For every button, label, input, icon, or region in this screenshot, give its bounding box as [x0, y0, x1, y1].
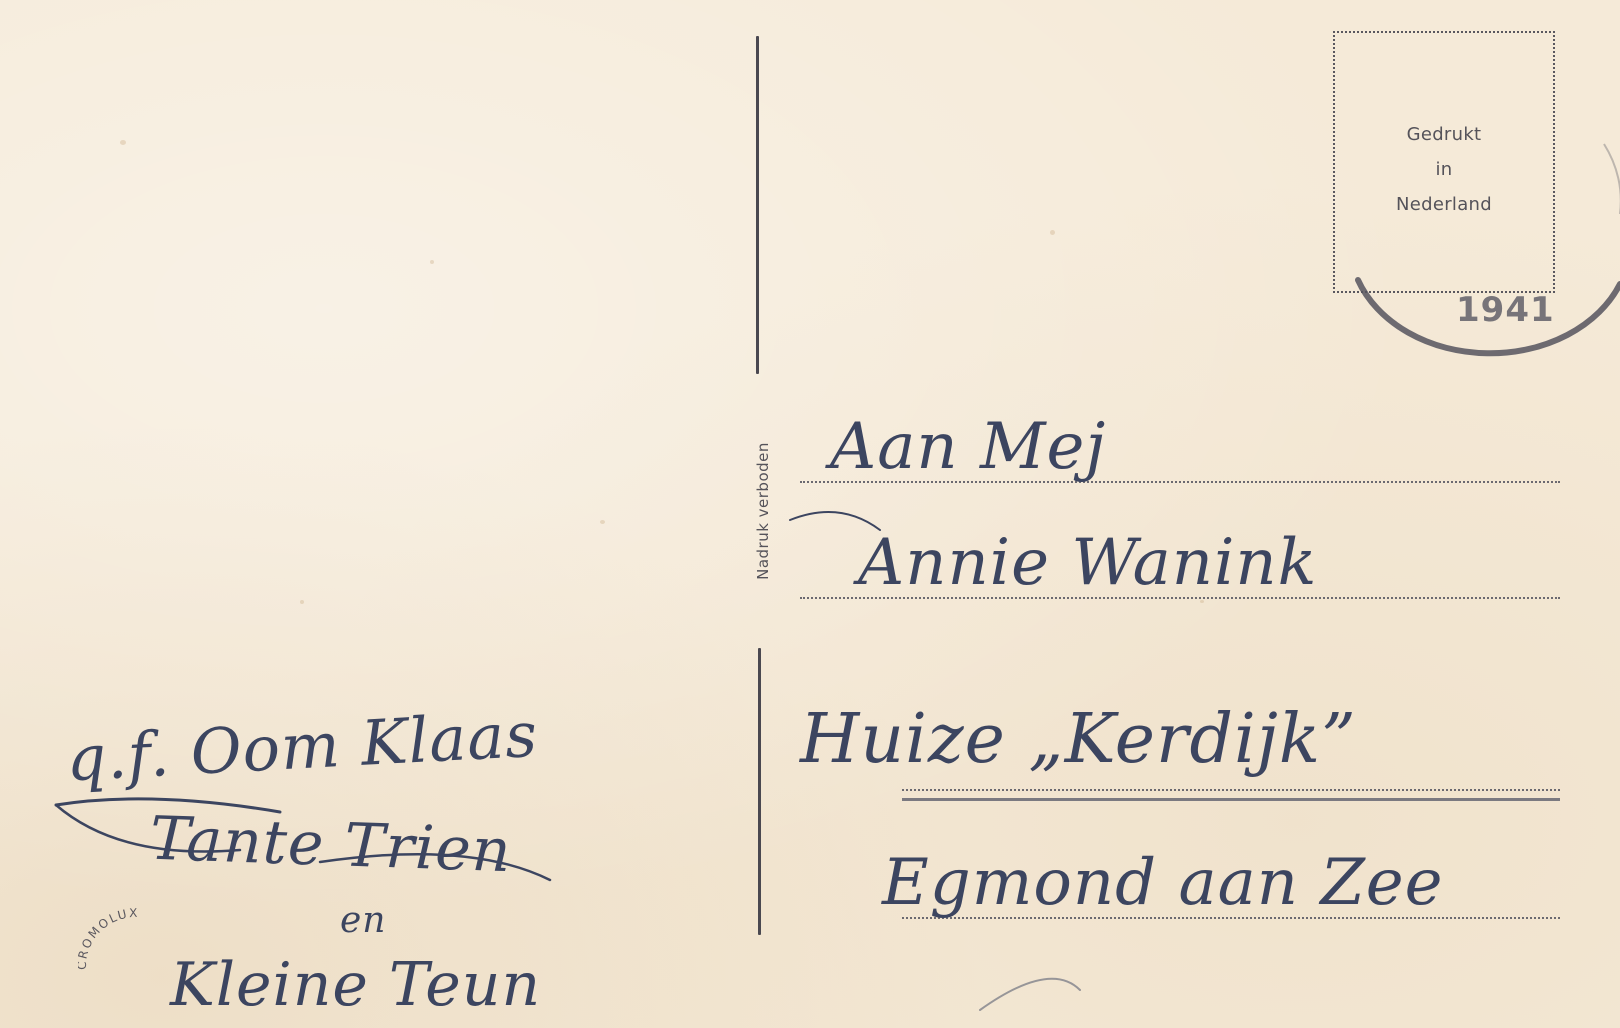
- nadruk-verboden-caption: Nadruk verboden: [754, 442, 772, 580]
- paper-speck: [300, 600, 304, 604]
- divider-line-bottom: [758, 648, 761, 935]
- paper-speck: [120, 140, 126, 145]
- address-line-3: [902, 789, 1560, 791]
- divider-line-top: [756, 36, 759, 374]
- postcard-back: Nadruk verboden Gedrukt in Nederland 194…: [0, 0, 1620, 1028]
- address-recipient-prefix: Aan Mej: [830, 410, 1106, 484]
- paper-speck: [430, 260, 434, 264]
- cromolux-publisher-mark: CROMOLUX: [78, 900, 188, 980]
- message-line-2: Tante Trien: [149, 804, 513, 887]
- paper-speck: [1050, 230, 1055, 235]
- message-line-4: Kleine Teun: [170, 950, 541, 1020]
- cromolux-text: CROMOLUX: [78, 906, 140, 970]
- address-house-name: Huize „Kerdijk”: [800, 700, 1357, 779]
- svg-text:CROMOLUX: CROMOLUX: [78, 906, 140, 970]
- postmark-year: 1941: [1456, 290, 1555, 330]
- address-recipient-name: Annie Wanink: [858, 526, 1317, 600]
- address-town: Egmond aan Zee: [882, 846, 1444, 920]
- paper-speck: [600, 520, 605, 524]
- address-line-3-underline: [902, 798, 1560, 801]
- message-line-1: q.f. Oom Klaas: [64, 698, 539, 796]
- paper-speck: [1200, 600, 1204, 603]
- message-line-3: en: [340, 900, 387, 941]
